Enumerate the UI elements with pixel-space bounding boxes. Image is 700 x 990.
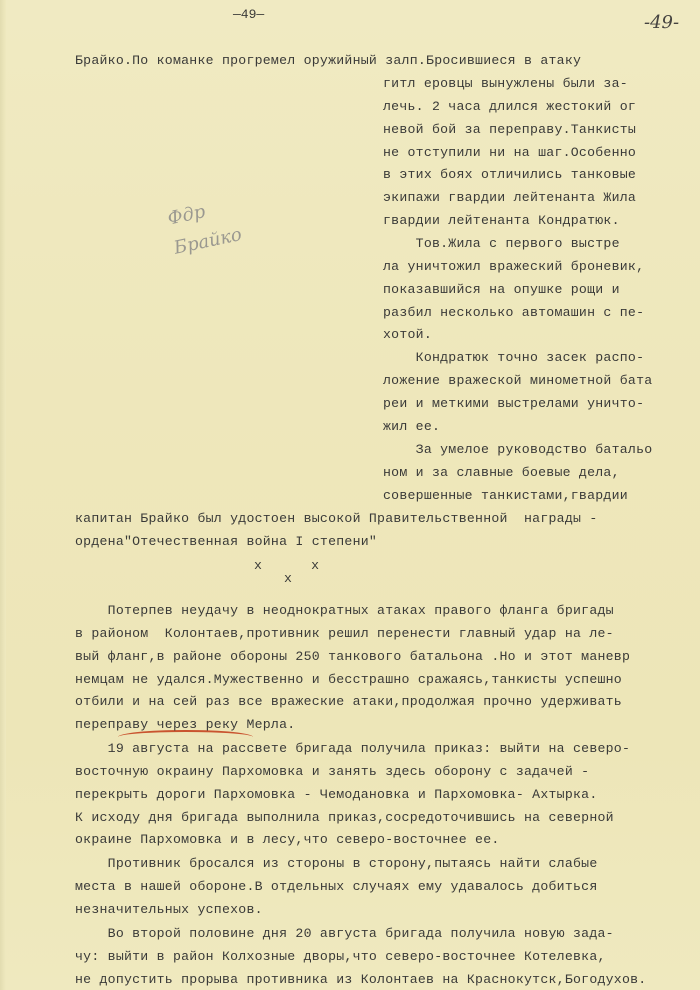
document-page: —49— -49- Фдр Брайко Брайко.По команке п… <box>0 0 700 990</box>
typed-line: К исходу дня бригада выполнила приказ,со… <box>75 811 614 824</box>
typed-line: ном и за славные боевые дела, <box>383 466 620 479</box>
typed-line: вый фланг,в районе обороны 250 танкового… <box>75 650 630 663</box>
page-edge <box>0 0 6 990</box>
typed-line: Кондратюк точно засек распо- <box>383 351 644 364</box>
typed-line: гитл еровцы вынужлены были за- <box>383 77 628 90</box>
typed-line: 19 августа на рассвете бригада получила … <box>75 742 630 755</box>
typed-line: реи и меткими выстрелами уничто- <box>383 397 644 410</box>
typed-line: жил ее. <box>383 420 440 433</box>
pencil-margin-note: Фдр Брайко <box>165 191 245 264</box>
typed-line: лечь. 2 часа длился жестокий ог <box>383 100 636 113</box>
typed-line: перекрыть дороги Пархомовка - Чемодановк… <box>75 788 597 801</box>
typed-line: совершенные танкистами,гвардии <box>383 489 628 502</box>
typed-line: незначительных успехов. <box>75 903 263 916</box>
typed-line: чу: выйти в район Колхозные дворы,что се… <box>75 950 606 963</box>
typed-line: восточную окраину Пархомовка и занять зд… <box>75 765 589 778</box>
typed-page-number: —49— <box>233 7 264 22</box>
typed-line: Тов.Жила с первого выстре <box>383 237 620 250</box>
typed-line: не допустить прорыва противника из Колон… <box>75 973 646 986</box>
typed-line: ла уничтожил вражеский броневик, <box>383 260 644 273</box>
typed-line: невой бой за переправу.Танкисты <box>383 123 636 136</box>
typed-line: показавшийся на опушке рощи и <box>383 283 620 296</box>
typed-line: окраине Пархомовка и в лесу,что северо-в… <box>75 833 500 846</box>
handwritten-page-number: -49- <box>644 12 679 33</box>
typed-line: не отступили ни на шаг.Особенно <box>383 146 636 159</box>
typed-line: в районом Колонтаев,противник решил пере… <box>75 627 614 640</box>
typed-line: Во второй половине дня 20 августа бригад… <box>75 927 614 940</box>
typed-line: Противник бросался из стороны в сторону,… <box>75 857 597 870</box>
typed-line: экипажи гвардии лейтенанта Жила <box>383 191 636 204</box>
typed-line: хотой. <box>383 328 432 341</box>
typed-line: переправу через реку Мерла. <box>75 718 295 731</box>
typed-line: капитан Брайко был удостоен высокой Прав… <box>75 512 597 525</box>
typed-line: ложение вражеской минометной бата <box>383 374 652 387</box>
typed-line: в этих боях отличились танковые <box>383 168 636 181</box>
typed-line: Брайко.По команке прогремел оружийный за… <box>75 54 581 67</box>
typed-line: Потерпев неудачу в неоднократных атаках … <box>75 604 614 617</box>
typed-line: ордена"Отечественная война I степени" <box>75 535 377 548</box>
typed-line: За умелое руководство батальо <box>383 443 652 456</box>
typed-line: гвардии лейтенанта Кондратюк. <box>383 214 620 227</box>
typed-line: отбили и на сей раз все вражеские атаки,… <box>75 695 622 708</box>
typed-line: разбил несколько автомашин с пе- <box>383 306 644 319</box>
typed-line: x <box>284 572 292 585</box>
typed-line: немцам не удался.Мужественно и бесстрашн… <box>75 673 622 686</box>
typed-line: места в нашей обороне.В отдельных случая… <box>75 880 597 893</box>
